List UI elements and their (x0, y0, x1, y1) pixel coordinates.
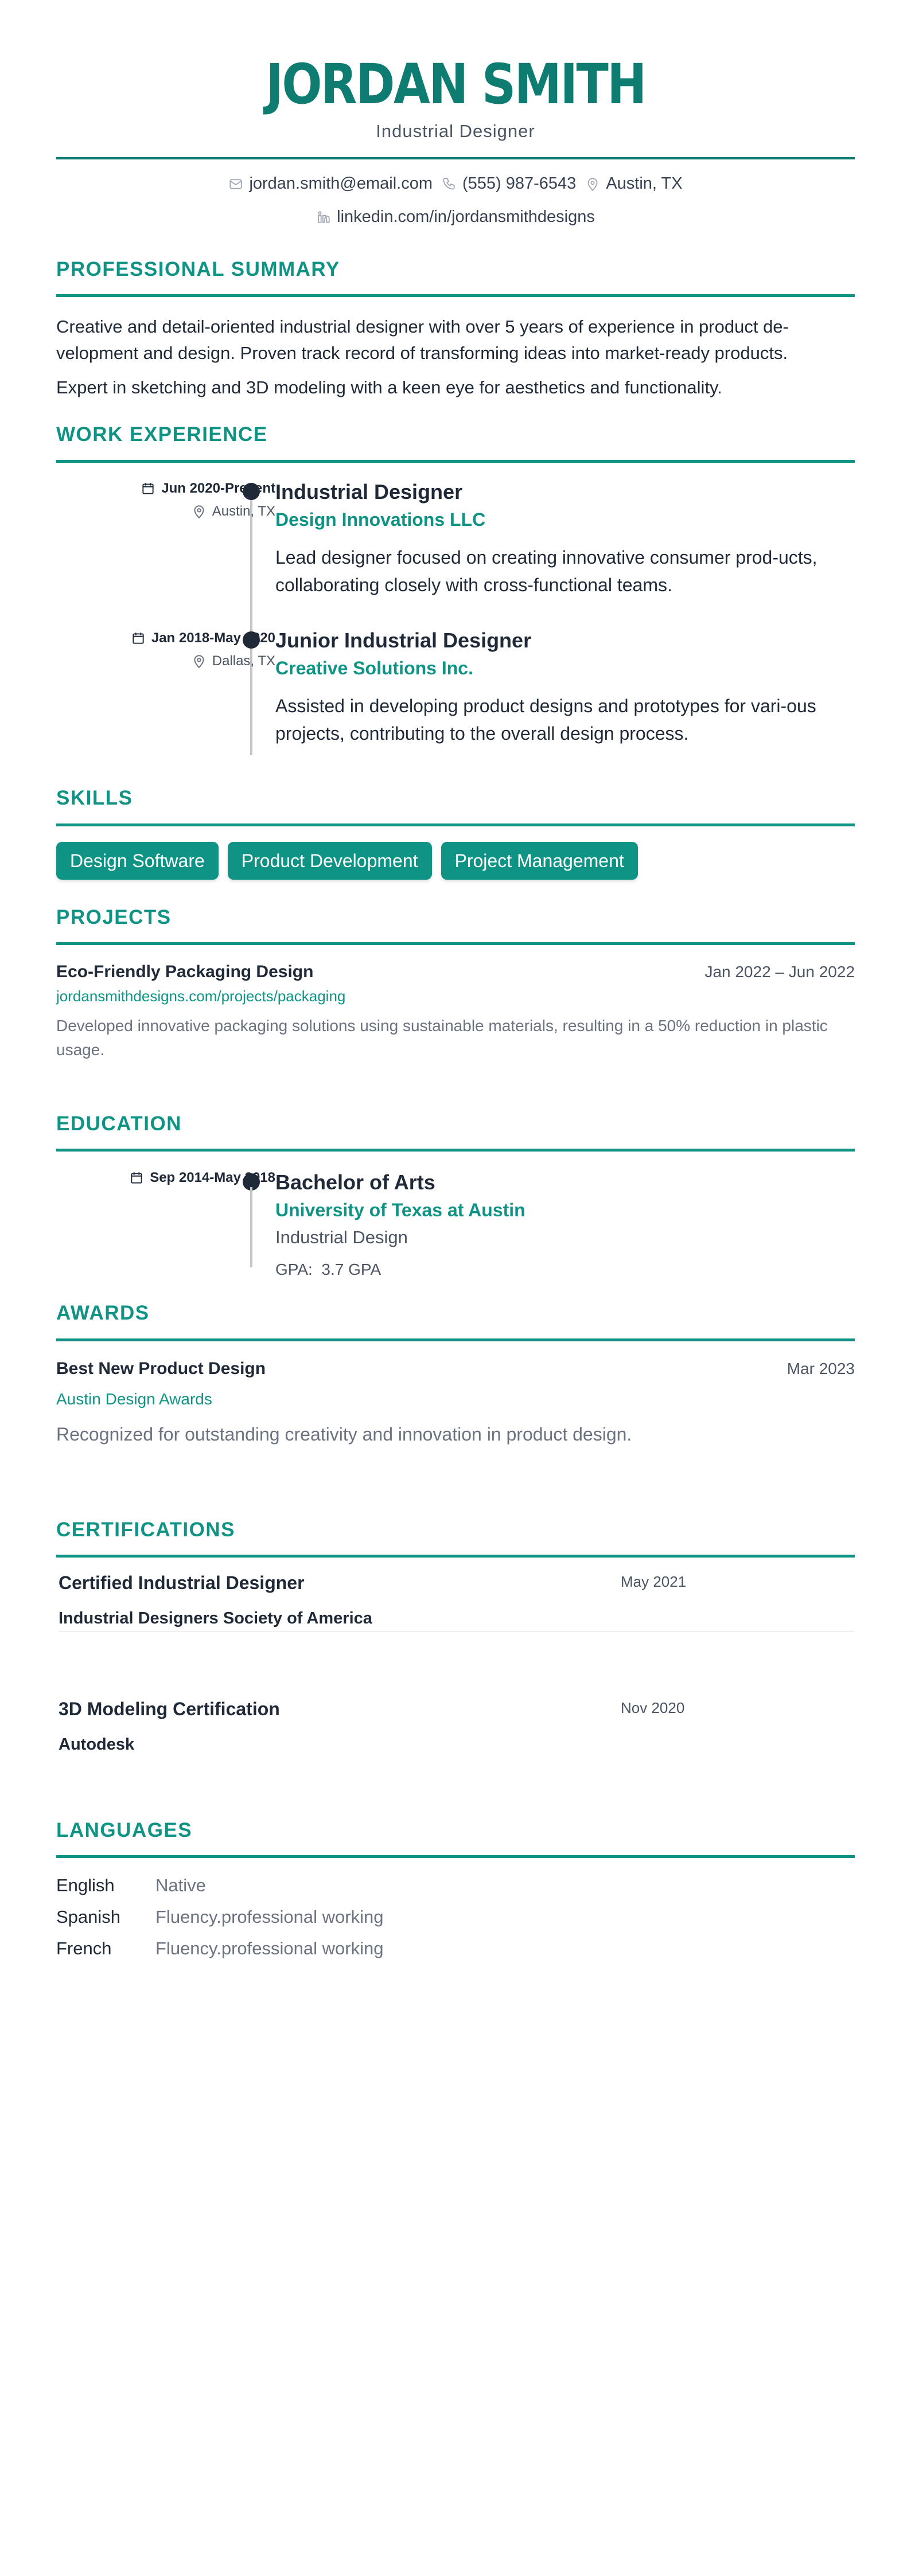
summary-line: velopment and design. Proven track recor… (56, 340, 855, 366)
email-text: jordan.smith@email.com (249, 174, 433, 193)
work-location: Austin, TX (141, 504, 275, 520)
language-name: English (56, 1875, 155, 1896)
timeline-dot (243, 631, 260, 649)
certification-issuer: Autodesk (59, 1735, 134, 1754)
language-level: Fluency.professional working (155, 1938, 383, 1959)
section-title-education: EDUCATION (56, 1113, 182, 1135)
award-issuer: Austin Design Awards (56, 1390, 212, 1408)
education-school: University of Texas at Austin (275, 1197, 855, 1223)
section-divider (56, 1855, 855, 1858)
section-title-summary: PROFESSIONAL SUMMARY (56, 258, 340, 281)
summary-line: Creative and detail-oriented industrial … (56, 314, 855, 340)
work-role: Junior Industrial Designer (275, 628, 855, 653)
timeline-dot (243, 483, 260, 500)
map-pin-icon (192, 504, 207, 519)
calendar-icon (141, 481, 155, 496)
section-title-certifications: CERTIFICATIONS (56, 1519, 235, 1541)
project-name: Eco-Friendly Packaging Design (56, 962, 313, 982)
phone-text: (555) 987-6543 (462, 174, 576, 193)
work-role: Industrial Designer (275, 479, 855, 505)
certification-date: May 2021 (621, 1573, 686, 1591)
linkedin-icon (316, 210, 331, 225)
contact-email[interactable]: jordan.smith@email.com (228, 174, 433, 193)
project-dates: Jan 2022 – Jun 2022 (704, 963, 855, 981)
section-title-awards: AWARDS (56, 1302, 150, 1325)
work-description: Lead designer focused on creating innova… (275, 544, 855, 599)
contact-location: Austin, TX (585, 174, 682, 193)
contact-linkedin[interactable]: linkedin.com/in/jordansmithdesigns (316, 208, 595, 227)
skill-tag: Product Development (228, 842, 432, 880)
section-divider (56, 1149, 855, 1152)
skills-list: Design Software Product Development Proj… (56, 842, 638, 880)
map-pin-icon (585, 177, 600, 192)
certification-date: Nov 2020 (621, 1699, 684, 1717)
candidate-name: JORDAN SMITH (112, 53, 799, 116)
section-divider (56, 1555, 855, 1558)
award-name: Best New Product Design (56, 1359, 266, 1379)
award-description: Recognized for outstanding creativity an… (56, 1422, 855, 1446)
work-company: Creative Solutions Inc. (275, 655, 855, 681)
timeline-line (250, 1187, 252, 1267)
language-row: Spanish Fluency.professional working (56, 1907, 383, 1927)
section-divider (56, 823, 855, 826)
work-body: Industrial Designer Design Innovations L… (275, 479, 855, 599)
section-title-work: WORK EXPERIENCE (56, 423, 268, 446)
education-field: Industrial Design (275, 1225, 855, 1250)
work-location: Dallas, TX (131, 653, 275, 669)
section-divider (56, 460, 855, 463)
section-divider (56, 1338, 855, 1341)
skill-tag: Design Software (56, 842, 219, 880)
section-title-skills: SKILLS (56, 787, 133, 810)
section-title-languages: LANGUAGES (56, 1819, 192, 1842)
timeline-line (250, 494, 252, 755)
award-date: Mar 2023 (787, 1360, 855, 1378)
certification-issuer: Industrial Designers Society of America (59, 1609, 372, 1628)
calendar-icon (131, 631, 146, 646)
project-link[interactable]: jordansmithdesigns.com/projects/packagin… (56, 988, 345, 1005)
project-description: Developed innovative packaging solutions… (56, 1014, 855, 1062)
mail-icon (228, 177, 243, 192)
map-pin-icon (192, 654, 207, 669)
education-degree: Bachelor of Arts (275, 1170, 855, 1195)
language-level: Fluency.professional working (155, 1907, 383, 1927)
contact-phone[interactable]: (555) 987-6543 (442, 174, 576, 193)
summary-line: Expert in sketching and 3D modeling with… (56, 374, 855, 401)
section-title-projects: PROJECTS (56, 906, 172, 929)
section-divider (56, 294, 855, 297)
skill-tag: Project Management (441, 842, 638, 880)
candidate-title: Industrial Designer (56, 121, 855, 142)
header-divider (56, 157, 855, 159)
contact-row-2: linkedin.com/in/jordansmithdesigns (56, 208, 855, 227)
language-row: French Fluency.professional working (56, 1938, 383, 1959)
certification-name: 3D Modeling Certification (59, 1699, 280, 1720)
work-description: Assisted in developing product designs a… (275, 692, 855, 747)
section-divider (56, 942, 855, 945)
work-company: Design Innovations LLC (275, 507, 855, 532)
certification-separator (59, 1631, 855, 1632)
location-text: Austin, TX (606, 174, 682, 193)
language-name: French (56, 1938, 155, 1959)
language-name: Spanish (56, 1907, 155, 1927)
language-level: Native (155, 1875, 206, 1896)
language-row: English Native (56, 1875, 206, 1896)
work-body: Junior Industrial Designer Creative Solu… (275, 628, 855, 747)
phone-icon (442, 177, 457, 192)
linkedin-text: linkedin.com/in/jordansmithdesigns (337, 208, 595, 227)
contact-row: jordan.smith@email.com (555) 987-6543 Au… (56, 174, 855, 193)
certification-name: Certified Industrial Designer (59, 1572, 305, 1594)
calendar-icon (129, 1170, 144, 1185)
education-gpa: GPA: 3.7 GPA (275, 1257, 855, 1282)
